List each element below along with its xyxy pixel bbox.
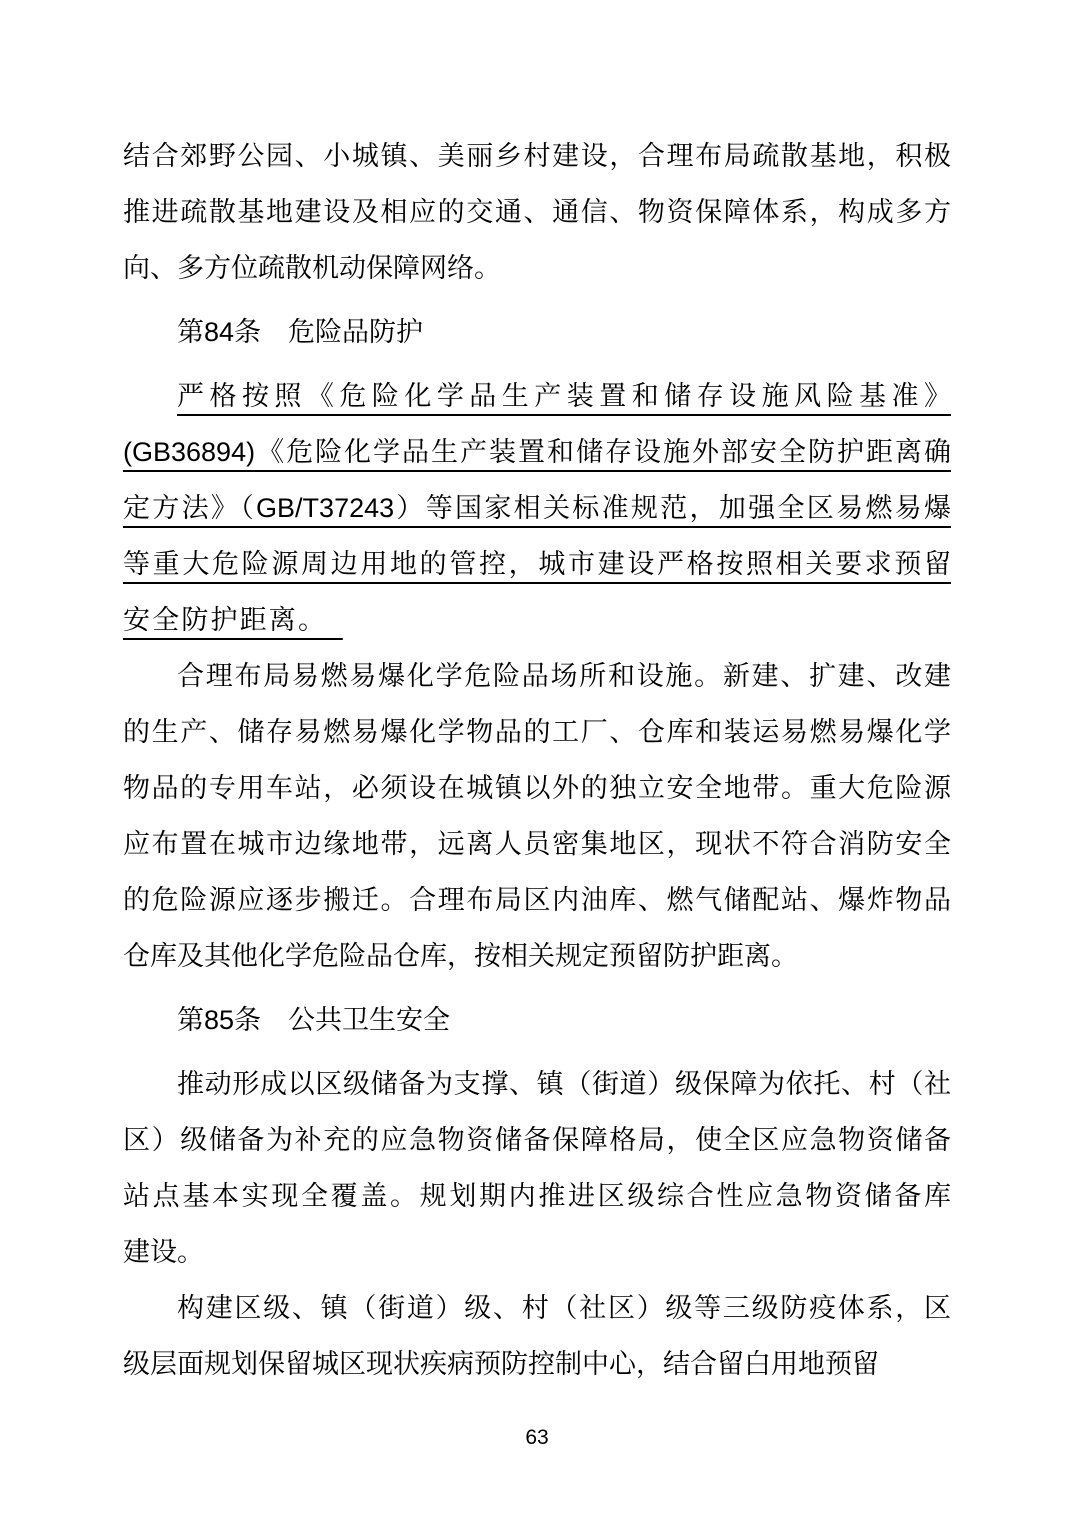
article-heading: 第85条 公共卫生安全 [123, 992, 951, 1048]
text-line: 区）级储备为补充的应急物资储备保障格局，使全区应急物资储备 [123, 1112, 951, 1168]
text-line: 等重大危险源周边用地的管控，城市建设严格按照相关要求预留 [123, 536, 951, 592]
text-line: 的危险源应逐步搬迁。合理布局区内油库、燃气储配站、爆炸物品 [123, 872, 951, 928]
paragraph: 构建区级、镇（街道）级、村（社区）级等三级防疫体系，区级层面规划保留城区现状疾病… [123, 1280, 951, 1392]
paragraph: 严格按照《危险化学品生产装置和储存设施风险基准》(GB36894)《危险化学品生… [123, 368, 951, 648]
text-line: 仓库及其他化学危险品仓库，按相关规定预留防护距离。 [123, 928, 951, 984]
paragraph: 推动形成以区级储备为支撑、镇（街道）级保障为依托、村（社区）级储备为补充的应急物… [123, 1056, 951, 1280]
text-line: 安全防护距离。 [123, 592, 951, 648]
text-line: 站点基本实现全覆盖。规划期内推进区级综合性应急物资储备库 [123, 1168, 951, 1224]
article-heading: 第84条 危险品防护 [123, 304, 951, 360]
page-number: 63 [0, 1424, 1074, 1452]
text-line: 定方法》（GB/T37243）等国家相关标准规范，加强全区易燃易爆 [123, 480, 951, 536]
text-line: (GB36894)《危险化学品生产装置和储存设施外部安全防护距离确 [123, 424, 951, 480]
text-line: 推动形成以区级储备为支撑、镇（街道）级保障为依托、村（社 [123, 1056, 951, 1112]
text-line: 建设。 [123, 1224, 951, 1280]
text-line: 构建区级、镇（街道）级、村（社区）级等三级防疫体系，区 [123, 1280, 951, 1336]
document-content: 结合郊野公园、小城镇、美丽乡村建设，合理布局疏散基地，积极推进疏散基地建设及相应… [123, 128, 951, 1392]
paragraph: 合理布局易燃易爆化学危险品场所和设施。新建、扩建、改建的生产、储存易燃易爆化学物… [123, 648, 951, 984]
text-line: 结合郊野公园、小城镇、美丽乡村建设，合理布局疏散基地，积极 [123, 128, 951, 184]
document-page: 结合郊野公园、小城镇、美丽乡村建设，合理布局疏散基地，积极推进疏散基地建设及相应… [0, 0, 1074, 1520]
text-line: 应布置在城市边缘地带，远离人员密集地区，现状不符合消防安全 [123, 816, 951, 872]
text-line: 级层面规划保留城区现状疾病预防控制中心，结合留白用地预留 [123, 1336, 951, 1392]
text-line: 合理布局易燃易爆化学危险品场所和设施。新建、扩建、改建 [123, 648, 951, 704]
text-line: 物品的专用车站，必须设在城镇以外的独立安全地带。重大危险源 [123, 760, 951, 816]
text-line: 的生产、储存易燃易爆化学物品的工厂、仓库和装运易燃易爆化学 [123, 704, 951, 760]
text-line: 推进疏散基地建设及相应的交通、通信、物资保障体系，构成多方 [123, 184, 951, 240]
text-line: 向、多方位疏散机动保障网络。 [123, 240, 951, 296]
text-line: 严格按照《危险化学品生产装置和储存设施风险基准》 [123, 368, 951, 424]
paragraph: 结合郊野公园、小城镇、美丽乡村建设，合理布局疏散基地，积极推进疏散基地建设及相应… [123, 128, 951, 296]
